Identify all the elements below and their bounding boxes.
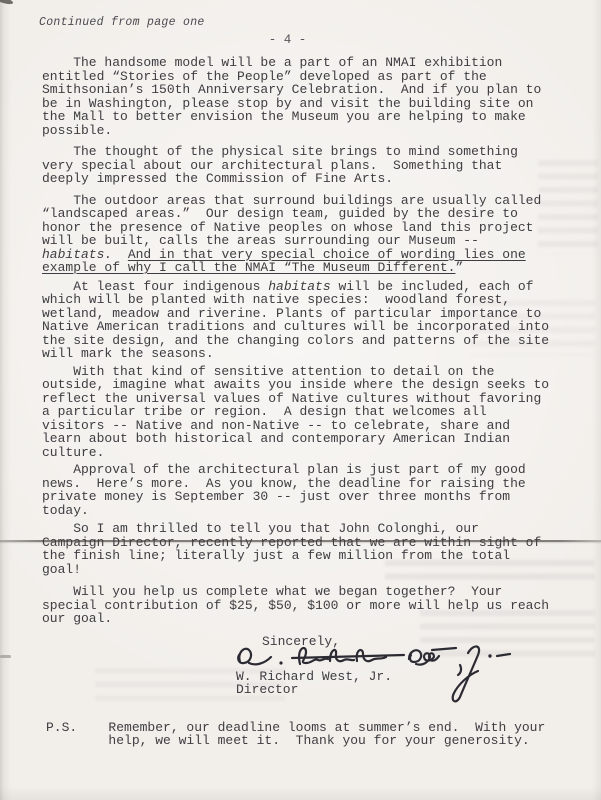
text-line: possible. xyxy=(42,124,590,138)
text-line: help, we will meet it. Thank you for you… xyxy=(46,734,590,748)
text-line: learn about both historical and contempo… xyxy=(42,432,590,446)
text-line: be in Washington, please stop by and vis… xyxy=(42,97,590,111)
paragraph-finish-line: So I am thrilled to tell you that John C… xyxy=(42,522,590,576)
scan-mark-artifact xyxy=(0,655,11,658)
text-line: reflect the universal values of Native c… xyxy=(42,392,590,406)
header-note: Continued from page one xyxy=(39,16,205,29)
letter-page: Continued from page one - 4 - The handso… xyxy=(0,0,601,800)
text-line: will mark the seasons. xyxy=(42,347,590,361)
text-line: our goal. xyxy=(42,612,590,626)
text-line: the finish line; literally just a few mi… xyxy=(42,549,590,563)
text-line: So I am thrilled to tell you that John C… xyxy=(42,522,590,536)
text-line: the site design, and the changing colors… xyxy=(42,334,590,348)
text-line: Will you help us complete what we began … xyxy=(42,585,590,599)
text-line: wetland, meadow and riverine. Plants of … xyxy=(42,307,590,321)
paragraph-model-exhibition: The handsome model will be a part of an … xyxy=(42,56,590,137)
text-line: very special about our architectural pla… xyxy=(42,159,590,173)
text-line: culture. xyxy=(42,446,590,460)
postscript: P.S. Remember, our deadline looms at sum… xyxy=(46,721,590,748)
text-line: news. Here’s more. As you know, the dead… xyxy=(42,477,590,491)
text-line: visitors -- Native and non-Native -- to … xyxy=(42,419,590,433)
text-line: private money is September 30 -- just ov… xyxy=(42,490,590,504)
paragraph-design-welcome: With that kind of sensitive attention to… xyxy=(42,365,590,460)
text-line: The outdoor areas that surround building… xyxy=(42,194,590,208)
text-line: With that kind of sensitive attention to… xyxy=(42,365,590,379)
paragraph-physical-site: The thought of the physical site brings … xyxy=(42,145,590,186)
text-line: today. xyxy=(42,504,590,518)
text-line: P.S. Remember, our deadline looms at sum… xyxy=(46,721,590,735)
text-line: Campaign Director, recently reported tha… xyxy=(42,536,590,550)
paper-crease-line xyxy=(0,540,601,542)
text-line: habitats. And in that very special choic… xyxy=(42,248,590,262)
text-line: Smithsonian’s 150th Anniversary Celebrat… xyxy=(42,83,590,97)
text-line: will be built, calls the areas surroundi… xyxy=(42,234,590,248)
paragraph-landscaped-areas: The outdoor areas that surround building… xyxy=(42,194,590,275)
text-line: Native American traditions and cultures … xyxy=(42,320,590,334)
text-line: entitled “Stories of the People” develop… xyxy=(42,70,590,84)
text-line: honor the presence of Native peoples on … xyxy=(42,221,590,235)
text-line: a particular tribe or region. A design t… xyxy=(42,405,590,419)
scan-smudge-artifact xyxy=(0,0,14,5)
paragraph-contribution-ask: Will you help us complete what we began … xyxy=(42,585,590,626)
text-line: example of why I call the NMAI “The Muse… xyxy=(42,261,590,275)
text-line: “landscaped areas.” Our design team, gui… xyxy=(42,207,590,221)
text-line: The thought of the physical site brings … xyxy=(42,145,590,159)
paragraph-deadline: Approval of the architectural plan is ju… xyxy=(42,463,590,517)
text-line: goal! xyxy=(42,563,590,577)
text-line: the Mall to better envision the Museum y… xyxy=(42,110,590,124)
text-line: which will be planted with native specie… xyxy=(42,293,590,307)
text-line: special contribution of $25, $50, $100 o… xyxy=(42,599,590,613)
text-line: deeply impressed the Commission of Fine … xyxy=(42,172,590,186)
paragraph-habitats: At least four indigenous habitats will b… xyxy=(42,280,590,361)
handwritten-signature xyxy=(232,643,522,709)
text-line: outside, imagine what awaits you inside … xyxy=(42,378,590,392)
text-line: At least four indigenous habitats will b… xyxy=(42,280,590,294)
text-line: Approval of the architectural plan is ju… xyxy=(42,463,590,477)
page-number: - 4 - xyxy=(0,33,575,47)
text-line: The handsome model will be a part of an … xyxy=(42,56,590,70)
